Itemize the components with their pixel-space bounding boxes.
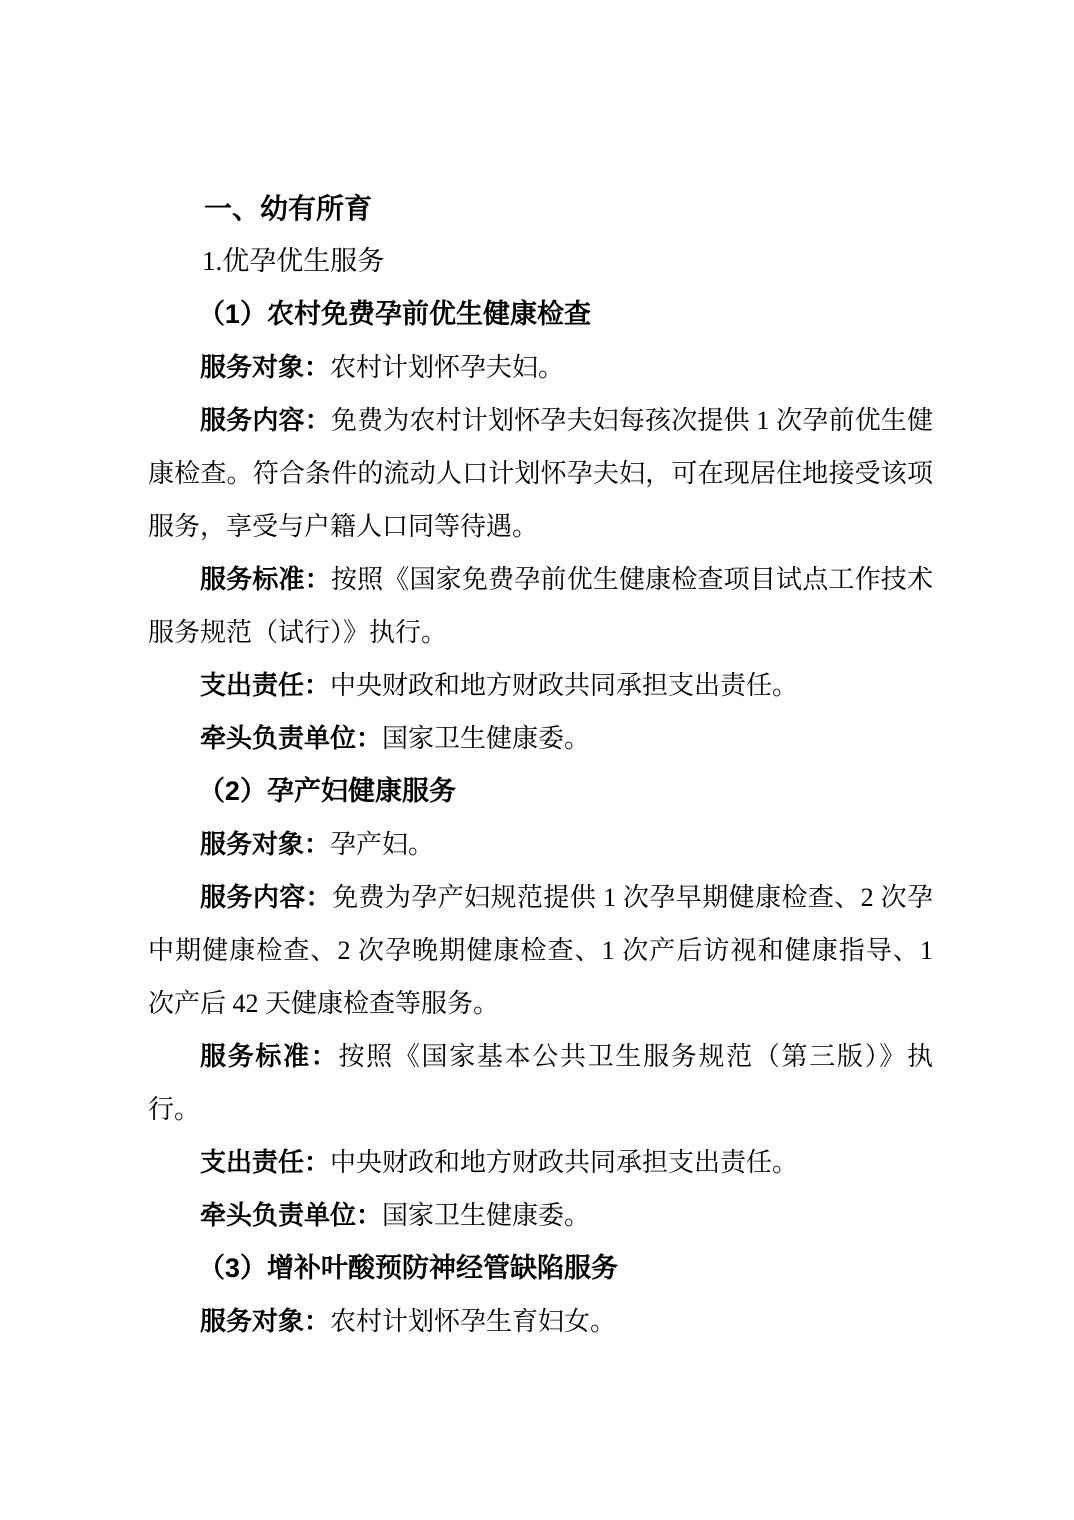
paragraph-expenditure-2: 支出责任：中央财政和地方财政共同承担支出责任。 — [148, 1136, 933, 1189]
paragraph-label: 服务标准： — [200, 565, 331, 594]
paragraph-text: 孕产妇。 — [330, 830, 434, 859]
paragraph-service-standard-1: 服务标准：按照《国家免费孕前优生健康检查项目试点工作技术服务规范（试行）》执行。 — [148, 553, 933, 659]
paragraph-label: 服务对象： — [200, 353, 330, 382]
item-heading-2: （2）孕产妇健康服务 — [148, 765, 933, 818]
item-heading-3: （3）增补叶酸预防神经管缺陷服务 — [148, 1242, 933, 1295]
document-page: 一、幼有所育 1.优孕优生服务 （1）农村免费孕前优生健康检查 服务对象：农村计… — [0, 0, 1074, 1520]
paragraph-label: 支出责任： — [200, 671, 330, 700]
paragraph-label: 支出责任： — [200, 1148, 330, 1177]
paragraph-label: 牵头负责单位： — [200, 1201, 382, 1230]
paragraph-lead-unit-1: 牵头负责单位：国家卫生健康委。 — [148, 712, 933, 765]
paragraph-label: 服务对象： — [200, 1307, 330, 1336]
paragraph-label: 服务对象： — [200, 830, 330, 859]
paragraph-service-content-1: 服务内容：免费为农村计划怀孕夫妇每孩次提供 1 次孕前优生健康检查。符合条件的流… — [148, 394, 933, 553]
paragraph-service-content-2: 服务内容：免费为孕产妇规范提供 1 次孕早期健康检查、2 次孕中期健康检查、2 … — [148, 871, 933, 1030]
paragraph-service-target-1: 服务对象：农村计划怀孕夫妇。 — [148, 341, 933, 394]
paragraph-expenditure-1: 支出责任：中央财政和地方财政共同承担支出责任。 — [148, 659, 933, 712]
paragraph-text: 农村计划怀孕夫妇。 — [330, 353, 564, 382]
paragraph-text: 中央财政和地方财政共同承担支出责任。 — [330, 1148, 798, 1177]
paragraph-service-standard-2: 服务标准：按照《国家基本公共卫生服务规范（第三版）》执行。 — [148, 1030, 933, 1136]
paragraph-label: 牵头负责单位： — [200, 724, 382, 753]
paragraph-label: 服务内容： — [200, 883, 332, 912]
section-heading: 1.优孕优生服务 — [148, 235, 933, 288]
paragraph-text: 国家卫生健康委。 — [382, 1201, 590, 1230]
paragraph-lead-unit-2: 牵头负责单位：国家卫生健康委。 — [148, 1189, 933, 1242]
paragraph-text: 中央财政和地方财政共同承担支出责任。 — [330, 671, 798, 700]
chapter-heading: 一、幼有所育 — [148, 182, 933, 235]
paragraph-service-target-2: 服务对象：孕产妇。 — [148, 818, 933, 871]
paragraph-label: 服务标准： — [200, 1042, 338, 1071]
paragraph-text: 国家卫生健康委。 — [382, 724, 590, 753]
paragraph-service-target-3: 服务对象：农村计划怀孕生育妇女。 — [148, 1295, 933, 1348]
item-heading-1: （1）农村免费孕前优生健康检查 — [148, 288, 933, 341]
paragraph-label: 服务内容： — [200, 406, 331, 435]
paragraph-text: 农村计划怀孕生育妇女。 — [330, 1307, 616, 1336]
